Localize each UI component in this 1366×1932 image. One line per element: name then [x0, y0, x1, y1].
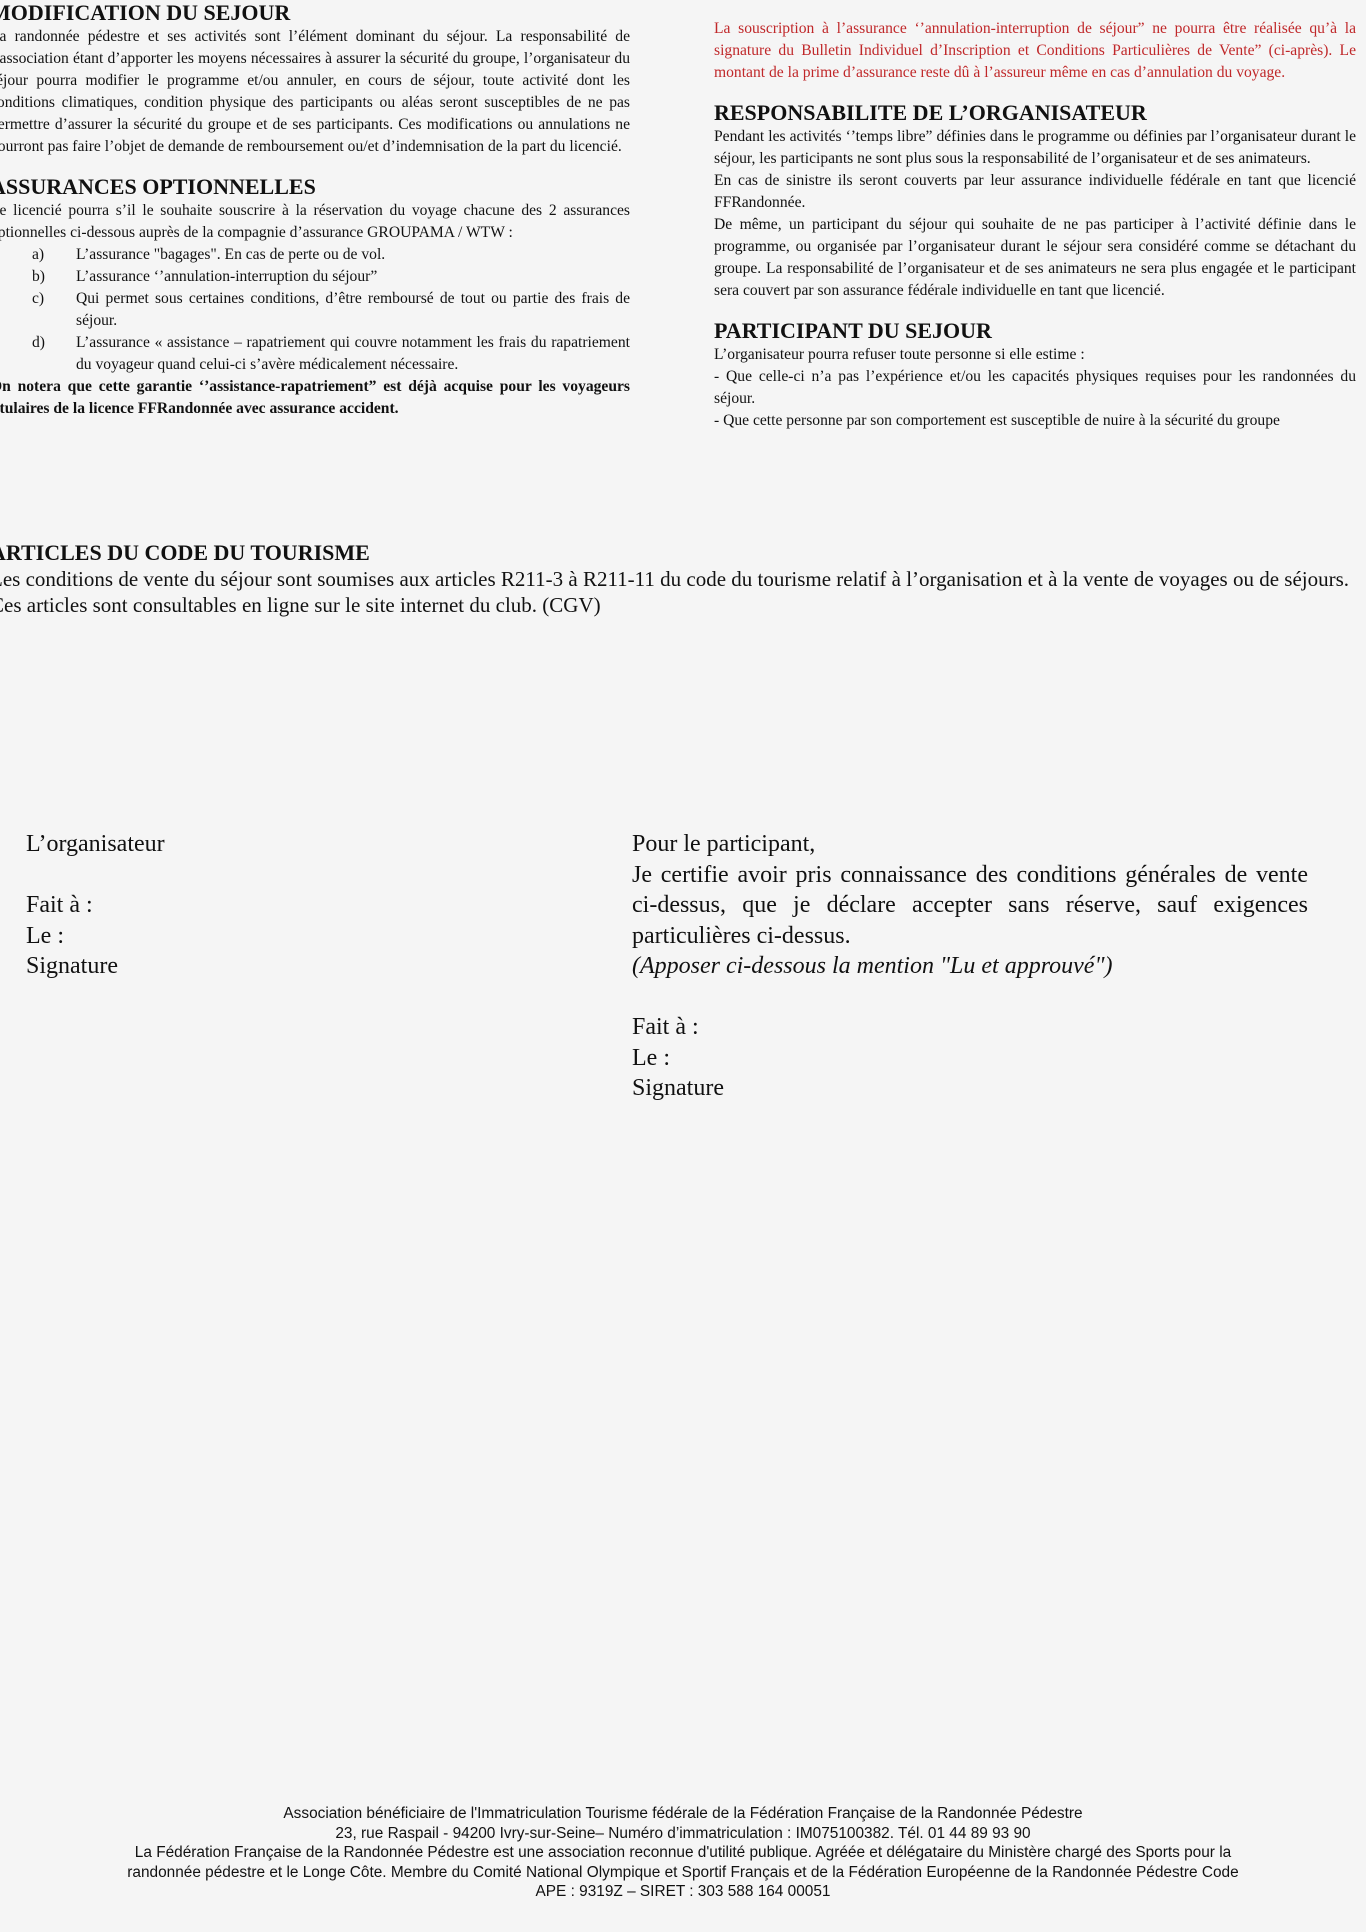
assurances-list: a) L’assurance "bagages". En cas de pert… — [0, 244, 630, 376]
right-column: La souscription à l’assurance ‘’annulati… — [714, 18, 1356, 432]
section-title-assurances: ASSURANCES OPTIONNELLES — [0, 174, 630, 200]
modification-text: La randonnée pédestre et ses activités s… — [0, 26, 630, 158]
responsabilite-paragraph: De même, un participant du séjour qui so… — [714, 214, 1356, 302]
articles-text: Les conditions de vente du séjour sont s… — [0, 566, 1366, 618]
list-item-text: L’assurance ‘’annulation-interruption du… — [76, 268, 377, 285]
participant-place-label: Fait à : — [632, 1012, 1308, 1043]
participant-paragraph: - Que cette personne par son comportemen… — [714, 410, 1356, 432]
list-item-text: L’assurance "bagages". En cas de perte o… — [76, 246, 385, 263]
section-title-modification: MODIFICATION DU SEJOUR — [0, 0, 630, 26]
organizer-place-label: Fait à : — [26, 890, 426, 921]
footer-line: Association bénéficiaire de l'Immatricul… — [0, 1804, 1366, 1824]
section-participant: PARTICIPANT DU SEJOUR L’organisateur pou… — [714, 318, 1356, 432]
organizer-heading: L’organisateur — [26, 829, 426, 860]
participant-instruction: (Apposer ci-dessous la mention "Lu et ap… — [632, 951, 1308, 982]
participant-date-label: Le : — [632, 1043, 1308, 1074]
section-title-responsabilite: RESPONSABILITE DE L’ORGANISATEUR — [714, 100, 1356, 126]
section-responsabilite: RESPONSABILITE DE L’ORGANISATEUR Pendant… — [714, 100, 1356, 302]
participant-paragraph: L’organisateur pourra refuser toute pers… — [714, 344, 1356, 366]
organizer-date-label: Le : — [26, 921, 426, 952]
section-articles: ARTICLES DU CODE DU TOURISME Les conditi… — [0, 540, 1366, 618]
assurances-intro: Le licencié pourra s’il le souhaite sous… — [0, 200, 630, 244]
list-marker: a) — [32, 244, 44, 266]
list-item-text: L’assurance « assistance – rapatriement … — [76, 334, 630, 373]
footer-line: La Fédération Française de la Randonnée … — [0, 1843, 1366, 1863]
participant-paragraph: - Que celle-ci n’a pas l’expérience et/o… — [714, 366, 1356, 410]
section-modification: MODIFICATION DU SEJOUR La randonnée péde… — [0, 0, 630, 158]
list-item: a) L’assurance "bagages". En cas de pert… — [0, 244, 630, 266]
section-title-participant: PARTICIPANT DU SEJOUR — [714, 318, 1356, 344]
participant-heading: Pour le participant, — [632, 829, 1308, 860]
list-marker: c) — [32, 288, 44, 310]
assurances-note: On notera que cette garantie ‘’assistanc… — [0, 376, 630, 420]
footer-line: 23, rue Raspail - 94200 Ivry-sur-Seine– … — [0, 1824, 1366, 1844]
list-item: b) L’assurance ‘’annulation-interruption… — [0, 266, 630, 288]
section-assurances: ASSURANCES OPTIONNELLES Le licencié pour… — [0, 174, 630, 420]
souscription-notice: La souscription à l’assurance ‘’annulati… — [714, 18, 1356, 84]
participant-signature-label: Signature — [632, 1073, 1308, 1104]
list-item-text: Qui permet sous certaines conditions, d’… — [76, 290, 630, 329]
section-title-articles: ARTICLES DU CODE DU TOURISME — [0, 540, 1366, 566]
page-footer: Association bénéficiaire de l'Immatricul… — [0, 1804, 1366, 1902]
responsabilite-paragraph: Pendant les activités ‘’temps libre” déf… — [714, 126, 1356, 170]
list-item: c) Qui permet sous certaines conditions,… — [0, 288, 630, 332]
list-item: d) L’assurance « assistance – rapatrieme… — [0, 332, 630, 376]
left-column: MODIFICATION DU SEJOUR La randonnée péde… — [0, 0, 630, 420]
list-marker: d) — [32, 332, 45, 354]
footer-line: randonnée pédestre et le Longe Côte. Mem… — [0, 1863, 1366, 1883]
participant-statement: Je certifie avoir pris connaissance des … — [632, 860, 1308, 952]
organizer-signature-label: Signature — [26, 951, 426, 982]
organizer-signature-block: L’organisateur Fait à : Le : Signature — [26, 829, 426, 982]
list-marker: b) — [32, 266, 45, 288]
participant-signature-block: Pour le participant, Je certifie avoir p… — [632, 829, 1308, 1104]
footer-line: APE : 9319Z – SIRET : 303 588 164 00051 — [0, 1882, 1366, 1902]
responsabilite-paragraph: En cas de sinistre ils seront couverts p… — [714, 170, 1356, 214]
